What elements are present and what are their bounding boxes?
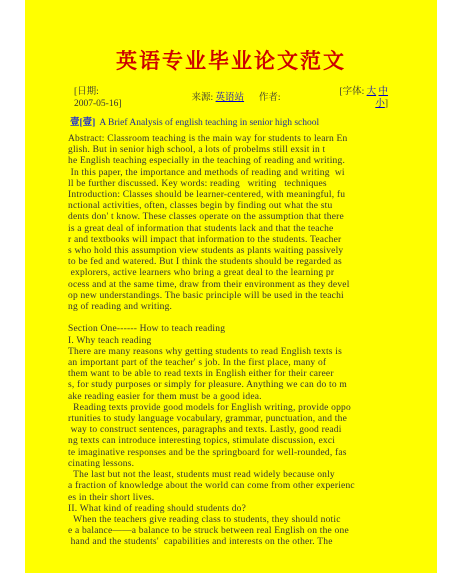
font-size-medium-link[interactable]: 中	[378, 87, 388, 97]
article-body: Abstract: Classroom teaching is the main…	[68, 134, 394, 549]
document-page: 英语专业毕业论文范文 [日期: 2007-05-16] 来源: 英语站 作者: …	[25, 0, 437, 573]
source-link[interactable]: 英语站	[216, 93, 245, 103]
source-author-field: 来源: 英语站 作者:	[152, 92, 320, 104]
doc-title-text: A Brief Analysis of english teaching in …	[99, 118, 319, 128]
meta-bar: [日期: 2007-05-16] 来源: 英语站 作者: [字体: 大 中 小]	[74, 86, 388, 110]
font-size-switcher: [字体: 大 中 小]	[320, 86, 388, 110]
font-label: [字体:	[339, 87, 364, 97]
author-label: 作者:	[259, 93, 281, 103]
font-size-small-link[interactable]: 小	[375, 99, 385, 109]
date-field: [日期: 2007-05-16]	[74, 86, 152, 110]
date-value: 2007-05-16]	[74, 98, 152, 110]
page-title: 英语专业毕业论文范文	[25, 0, 437, 75]
doc-title-line: 壹[壹]A Brief Analysis of english teaching…	[70, 114, 392, 128]
date-label: [日期:	[74, 86, 152, 98]
font-suffix: ]	[385, 99, 388, 109]
font-size-large-link[interactable]: 大	[367, 87, 377, 97]
source-label: 来源:	[192, 93, 214, 103]
stamp-icon: 壹[壹]	[70, 118, 95, 128]
